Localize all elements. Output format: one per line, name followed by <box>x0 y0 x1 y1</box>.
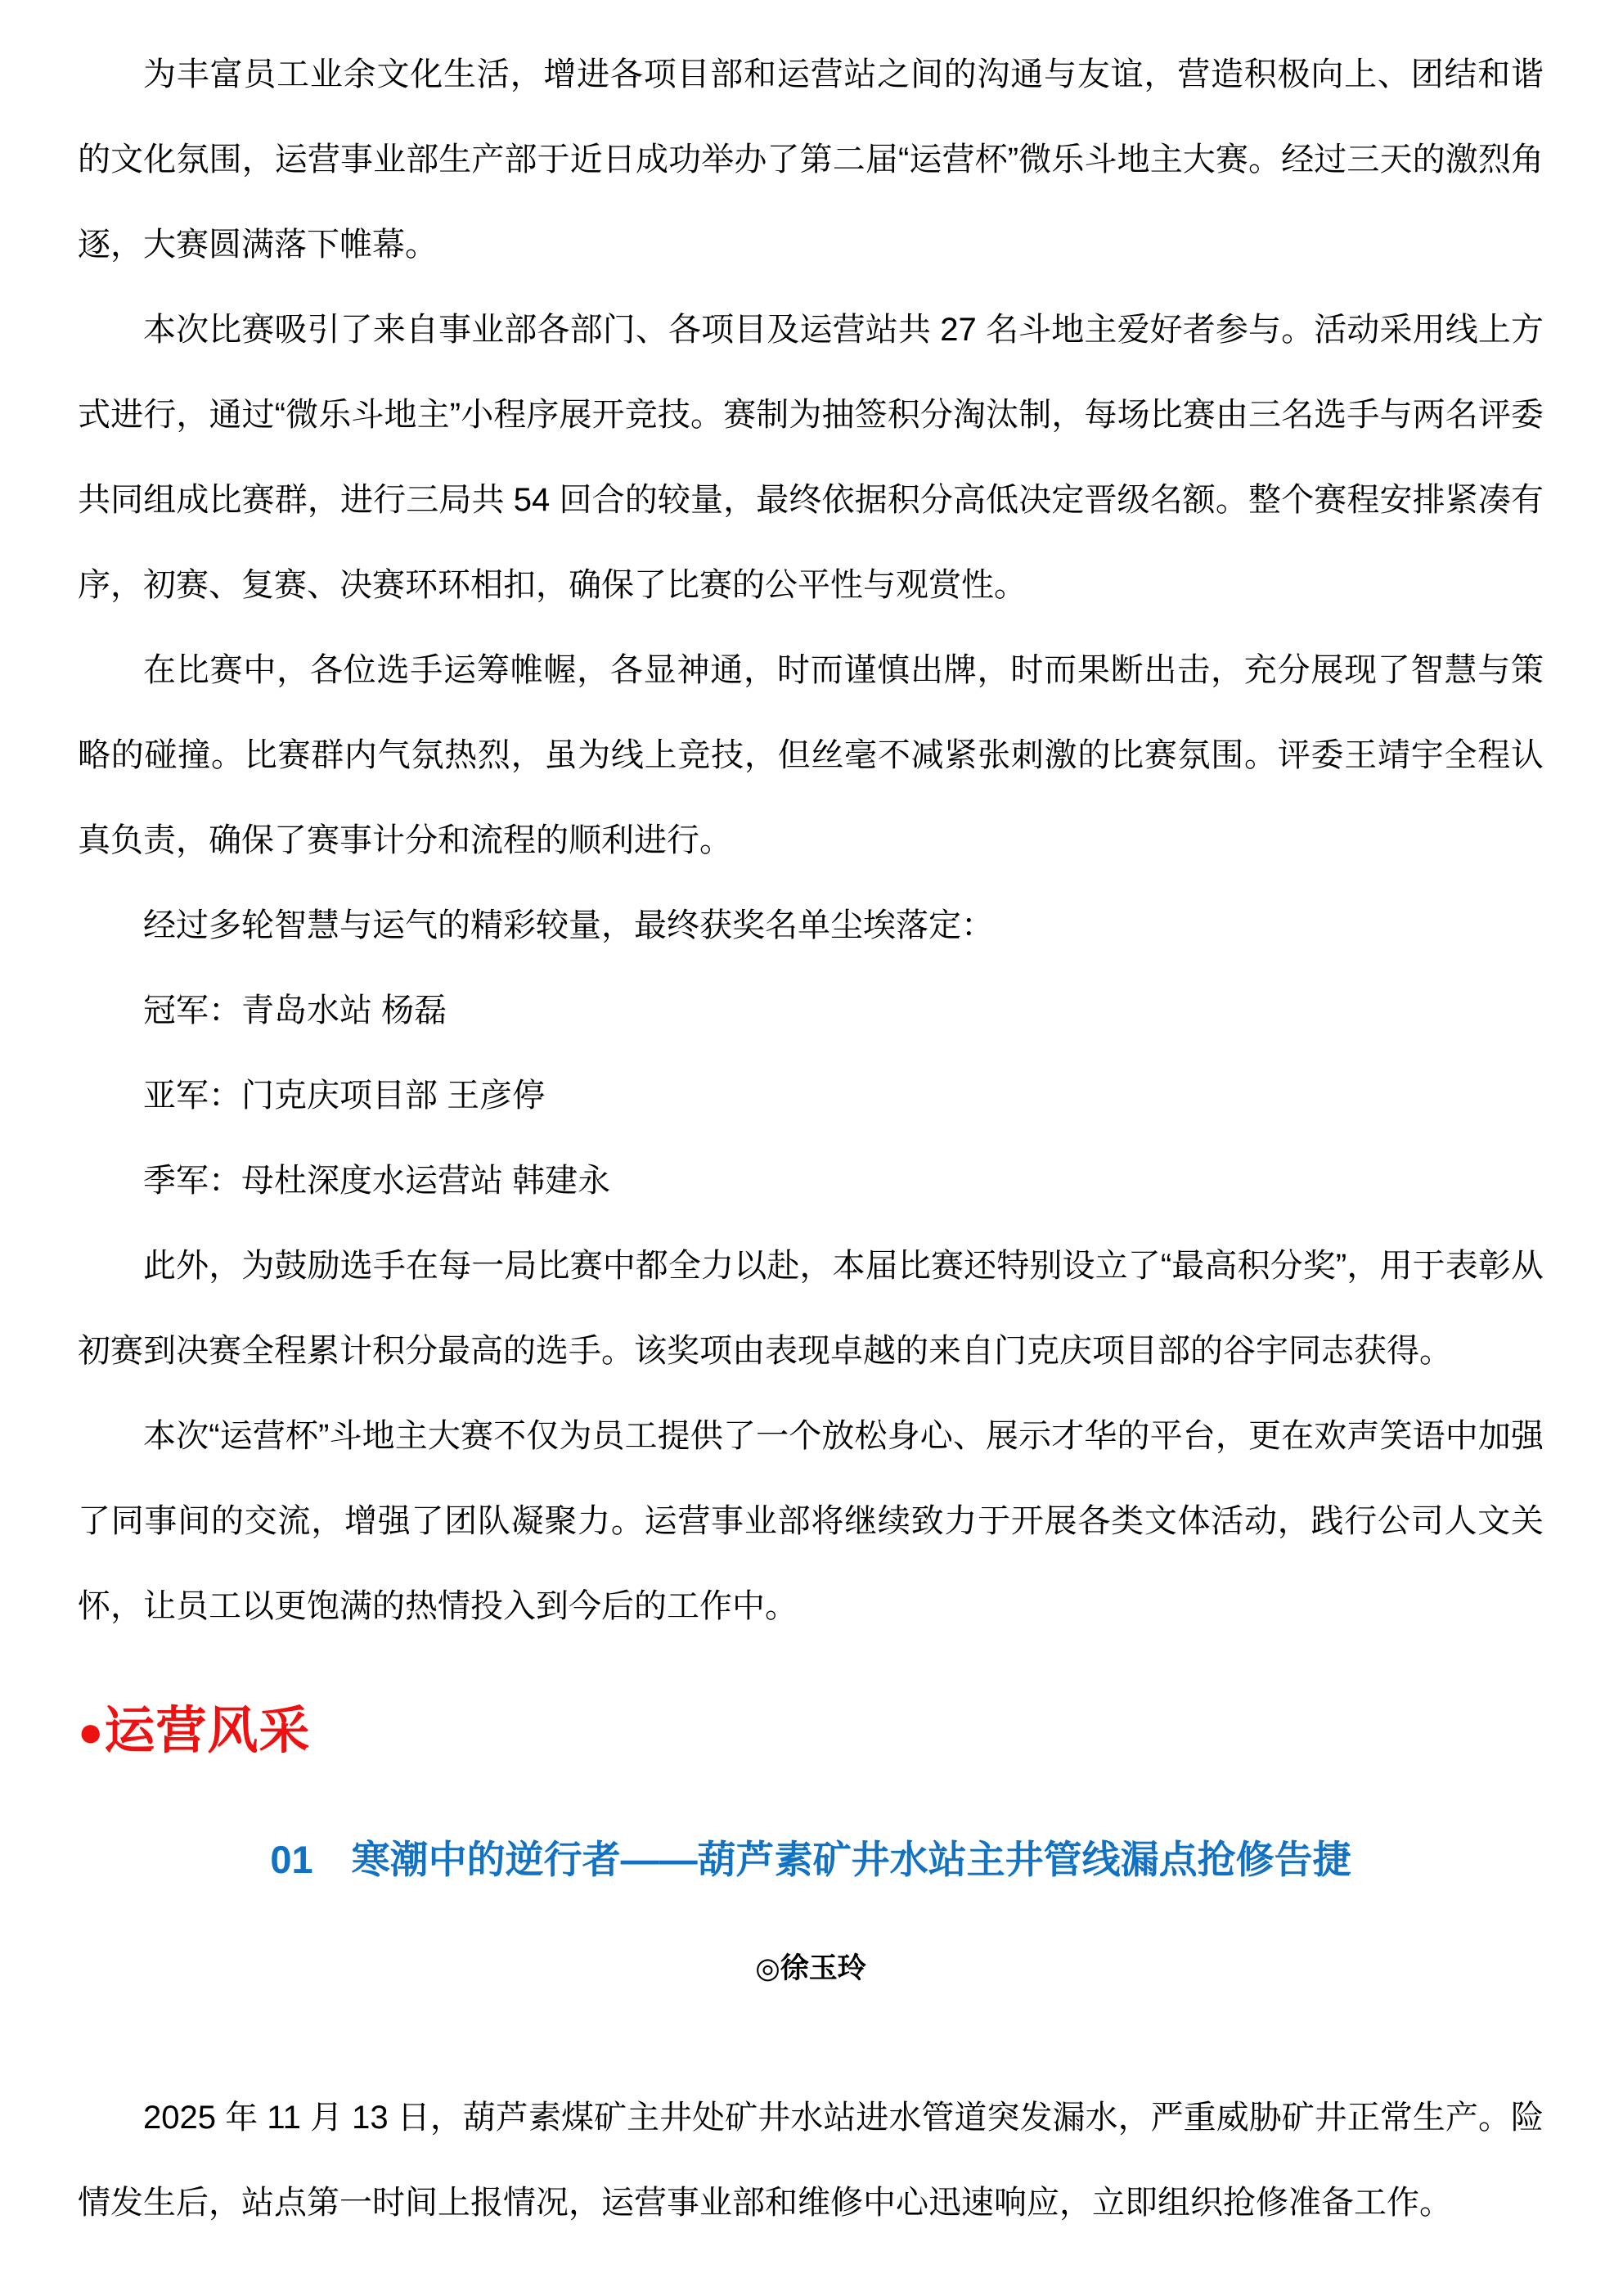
section-bullet-icon: ● <box>78 1708 104 1756</box>
paragraph-incident: 2025 年 11 月 13 日，葫芦素煤矿主井处矿井水站进水管道突发漏水，严重… <box>78 2075 1544 2245</box>
winner-line-runner-up: 亚军：门克庆项目部 王彦停 <box>78 1053 1544 1138</box>
paragraph-competition: 在比赛中，各位选手运筹帷幄，各显神通，时而谨慎出牌，时而果断出击，充分展现了智慧… <box>78 628 1544 883</box>
section-header: ●运营风采 <box>78 1689 1544 1775</box>
featured-article-author: ◎徐玉玲 <box>78 1926 1544 2011</box>
section-header-label: 运营风采 <box>104 1703 310 1759</box>
featured-article-title: 01 寒潮中的逆行者——葫芦素矿井水站主井管线漏点抢修告捷 <box>78 1817 1544 1902</box>
paragraph-closing: 本次“运营杯”斗地主大赛不仅为员工提供了一个放松身心、展示才华的平台，更在欢声笑… <box>78 1393 1544 1649</box>
paragraph-awards-lead: 经过多轮智慧与运气的精彩较量，最终获奖名单尘埃落定： <box>78 883 1544 968</box>
news-article-body: 为丰富员工业余文化生活，增进各项目部和运营站之间的沟通与友谊，营造积极向上、团结… <box>78 32 1544 1649</box>
document-page: 为丰富员工业余文化生活，增进各项目部和运营站之间的沟通与友谊，营造积极向上、团结… <box>0 0 1623 2296</box>
winner-line-champion: 冠军：青岛水站 杨磊 <box>78 968 1544 1053</box>
paragraph-intro: 为丰富员工业余文化生活，增进各项目部和运营站之间的沟通与友谊，营造积极向上、团结… <box>78 32 1544 287</box>
winner-line-third-place: 季军：母杜深度水运营站 韩建永 <box>78 1138 1544 1223</box>
paragraph-top-score-award: 此外，为鼓励选手在每一局比赛中都全力以赴，本届比赛还特别设立了“最高积分奖”，用… <box>78 1223 1544 1393</box>
featured-article-body: 2025 年 11 月 13 日，葫芦素煤矿主井处矿井水站进水管道突发漏水，严重… <box>78 2075 1544 2245</box>
paragraph-format: 本次比赛吸引了来自事业部各部门、各项目及运营站共 27 名斗地主爱好者参与。活动… <box>78 287 1544 628</box>
